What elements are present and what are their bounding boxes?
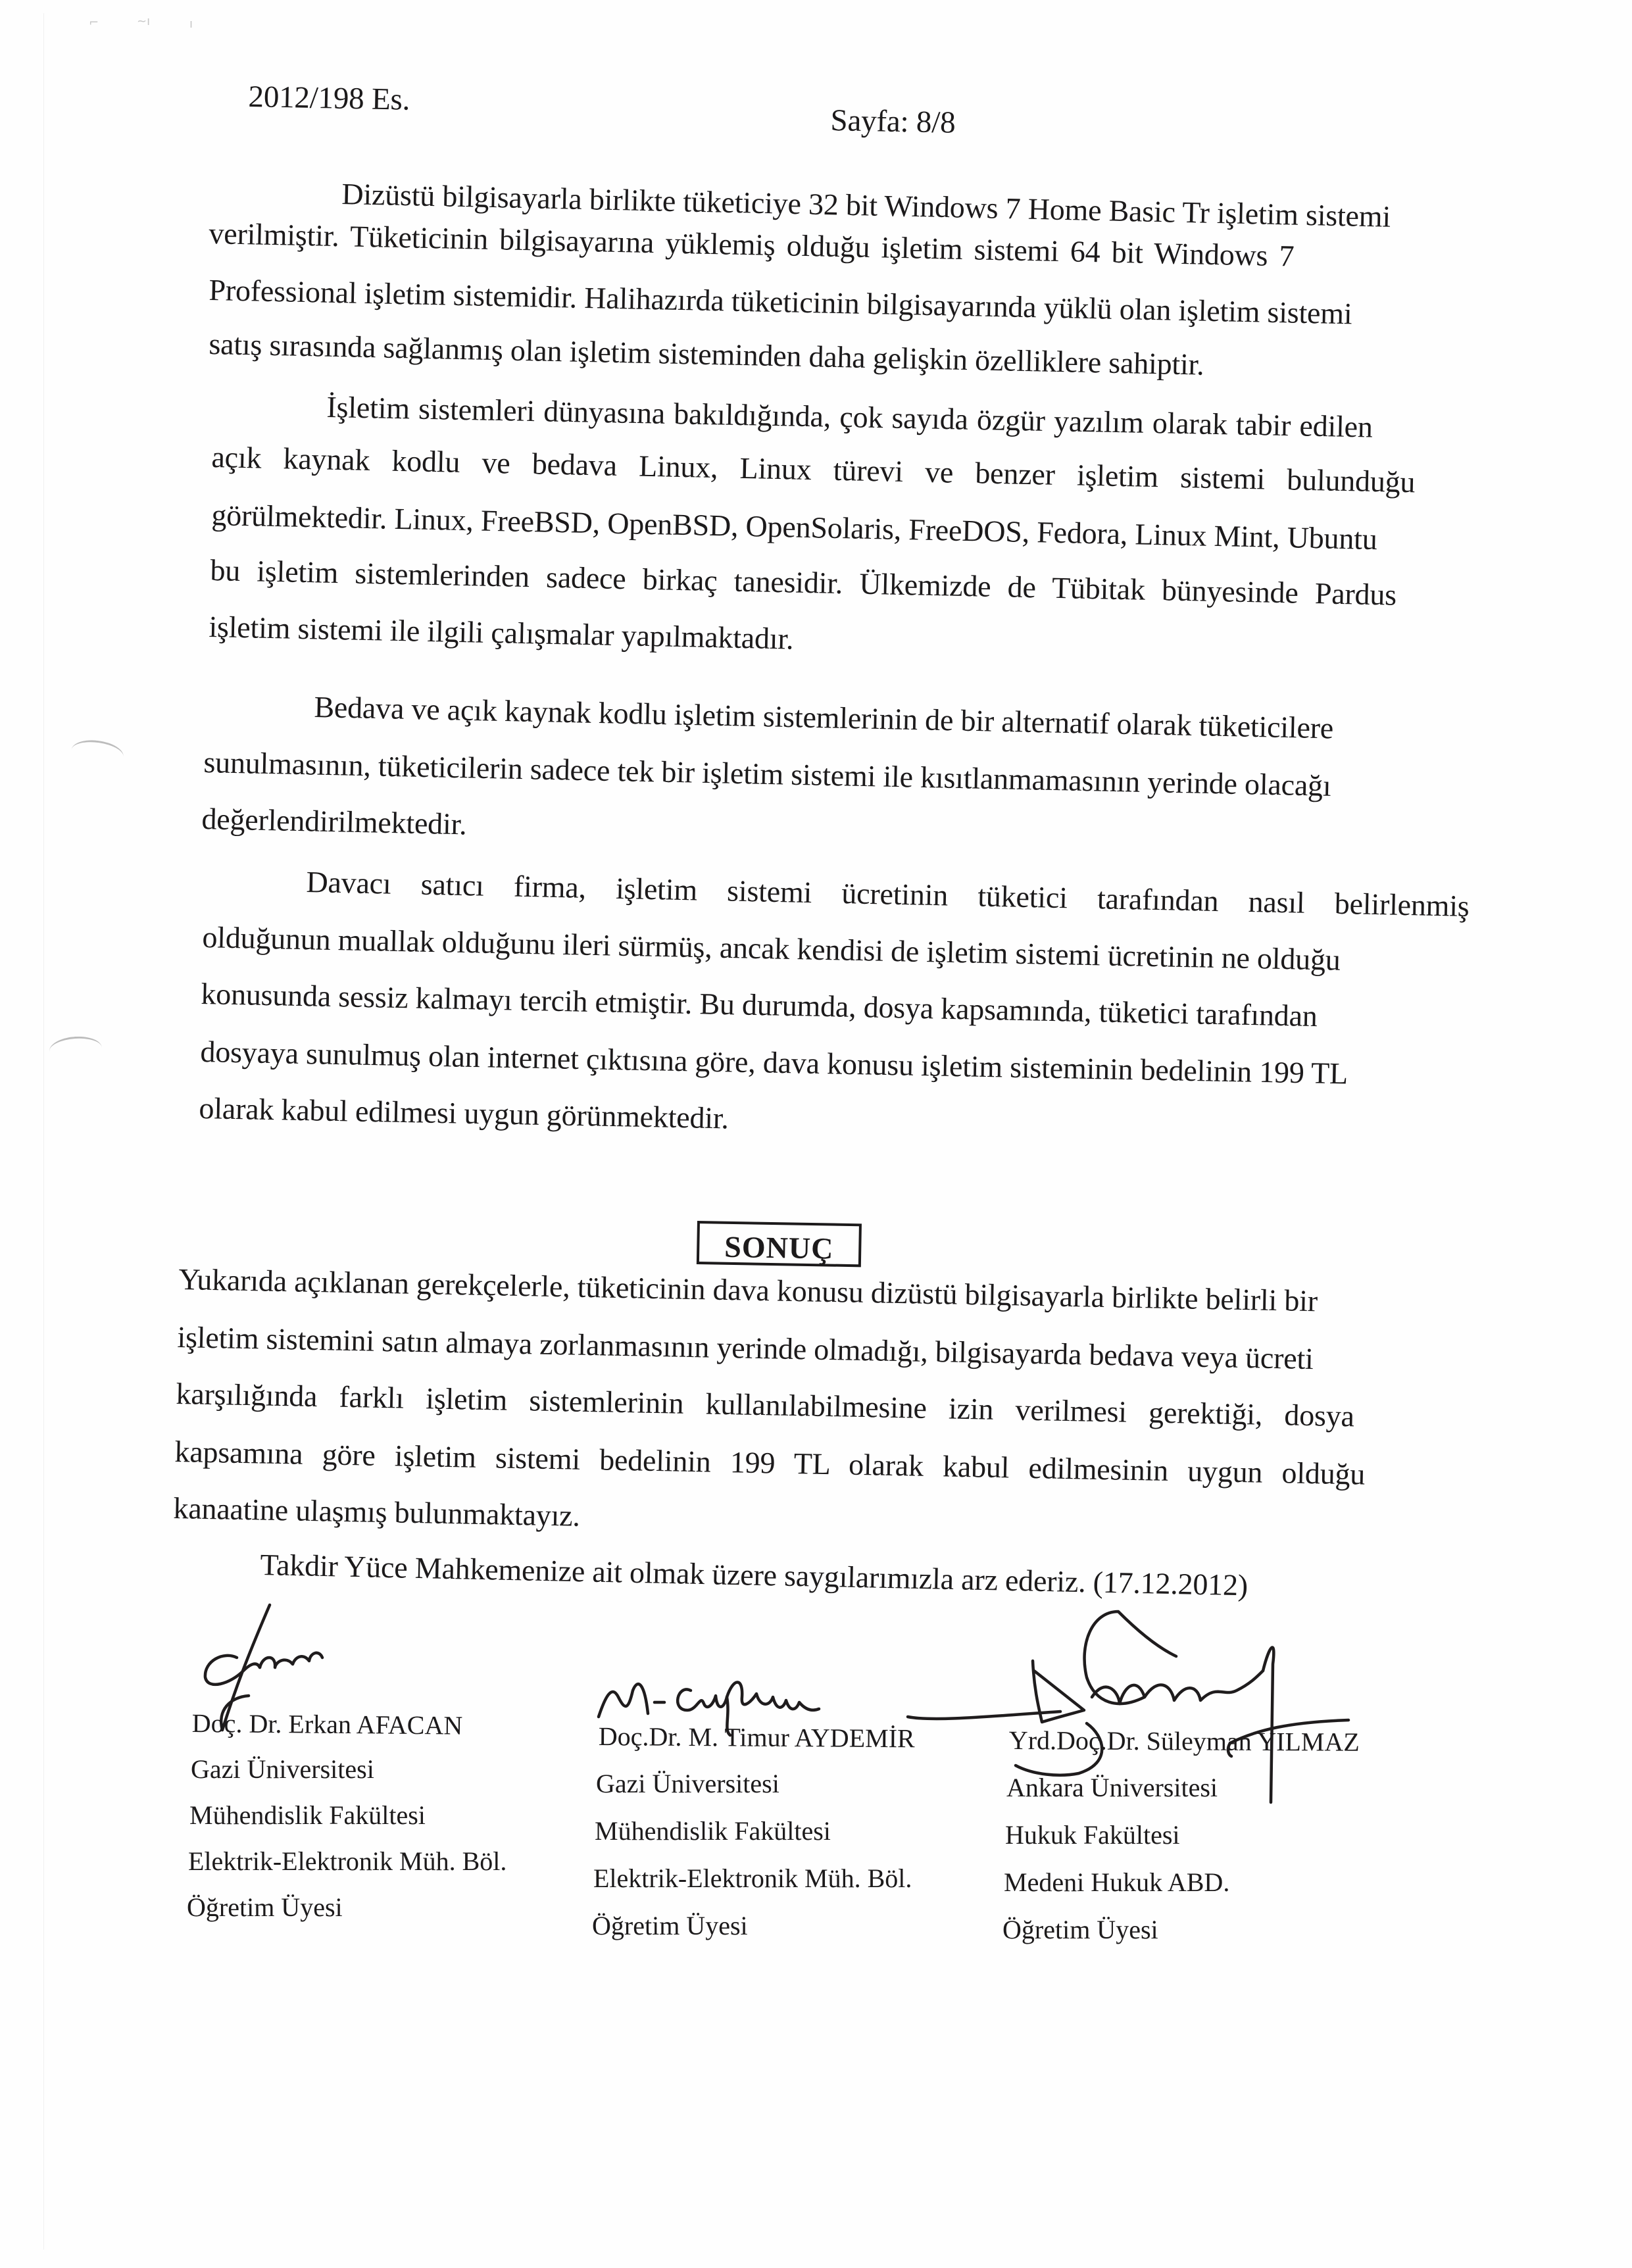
conclusion-line: karşılığında farklı işletim sistemlerini… <box>176 1379 1354 1431</box>
body-line: Davacı satıcı firma, işletim sistemi ücr… <box>306 867 1470 922</box>
body-line: olduğunun muallak olduğunu ileri sürmüş,… <box>202 922 1341 975</box>
signatory-faculty: Mühendislik Fakültesi <box>595 1815 831 1846</box>
signatory-faculty: Hukuk Fakültesi <box>1005 1819 1180 1850</box>
scan-artifact-mark: ı <box>189 17 193 31</box>
signatory-faculty: Mühendislik Fakültesi <box>189 1800 426 1831</box>
conclusion-line: Yukarıda açıklanan gerekçelerle, tüketic… <box>178 1264 1318 1316</box>
conclusion-line: kanaatine ulaşmış bulunmaktayız. <box>173 1493 580 1531</box>
signatory-name: Yrd.Doç.Dr. Süleyman YILMAZ <box>1009 1725 1360 1758</box>
body-line: bu işletim sistemlerinden sadece birkaç … <box>210 555 1397 610</box>
signatory-title: Öğretim Üyesi <box>592 1910 748 1941</box>
body-line: değerlendirilmektedir. <box>201 804 467 839</box>
conclusion-line: kapsamına göre işletim sistemi bedelinin… <box>174 1437 1365 1490</box>
body-line: sunulmasının, tüketicilerin sadece tek b… <box>203 747 1331 801</box>
body-line: satış sırasında sağlanmış olan işletim s… <box>209 329 1327 383</box>
body-line: görülmektedir. Linux, FreeBSD, OpenBSD, … <box>211 500 1377 555</box>
punch-hole-arc <box>49 1035 103 1064</box>
body-line: konusunda sessiz kalmayı tercih etmiştir… <box>201 979 1318 1031</box>
body-line: İşletim sistemleri dünyasına bakıldığınd… <box>326 392 1373 443</box>
scan-artifact-mark: ⌐ <box>89 16 99 30</box>
body-line: açık kaynak kodlu ve bedava Linux, Linux… <box>211 442 1416 497</box>
signatory-department: Medeni Hukuk ABD. <box>1004 1867 1229 1898</box>
signatory-university: Gazi Üniversitesi <box>596 1768 779 1799</box>
scanned-page: ⌐ ~ı ı 2012/198 Es. Sayfa: 8/8 Dizüstü b… <box>0 0 1632 2268</box>
conclusion-line: işletim sistemini satın almaya zorlanmas… <box>177 1322 1314 1374</box>
body-line: işletim sistemi ile ilgili çalışmalar ya… <box>209 612 794 654</box>
signatory-department: Elektrik-Elektronik Müh. Böl. <box>188 1846 507 1877</box>
scan-artifact-mark: ~ı <box>137 14 150 28</box>
signatory-university: Gazi Üniversitesi <box>191 1754 374 1785</box>
signatory-name: Doç. Dr. Erkan AFACAN <box>192 1708 463 1741</box>
closing-statement: Takdir Yüce Mahkemenize ait olmak üzere … <box>260 1550 1248 1600</box>
body-line: Bedava ve açık kaynak kodlu işletim sist… <box>314 692 1334 743</box>
signatory-department: Elektrik-Elektronik Müh. Böl. <box>593 1863 912 1894</box>
body-line: dosyaya sunulmuş olan internet çıktısına… <box>200 1037 1348 1089</box>
signatory-university: Ankara Üniversitesi <box>1006 1772 1218 1803</box>
case-reference: 2012/198 Es. <box>248 82 410 116</box>
punch-hole-arc <box>70 737 126 770</box>
body-line: olarak kabul edilmesi uygun görünmektedi… <box>199 1093 729 1133</box>
scan-edge-shadow <box>43 13 44 2250</box>
signatory-title: Öğretim Üyesi <box>187 1892 343 1923</box>
conclusion-heading: SONUÇ <box>699 1229 859 1266</box>
conclusion-heading-box: SONUÇ <box>697 1221 862 1267</box>
signatory-title: Öğretim Üyesi <box>1002 1914 1158 1945</box>
page-number: Sayfa: 8/8 <box>830 105 956 139</box>
body-line: Professional işletim sistemidir. Halihaz… <box>209 275 1512 332</box>
